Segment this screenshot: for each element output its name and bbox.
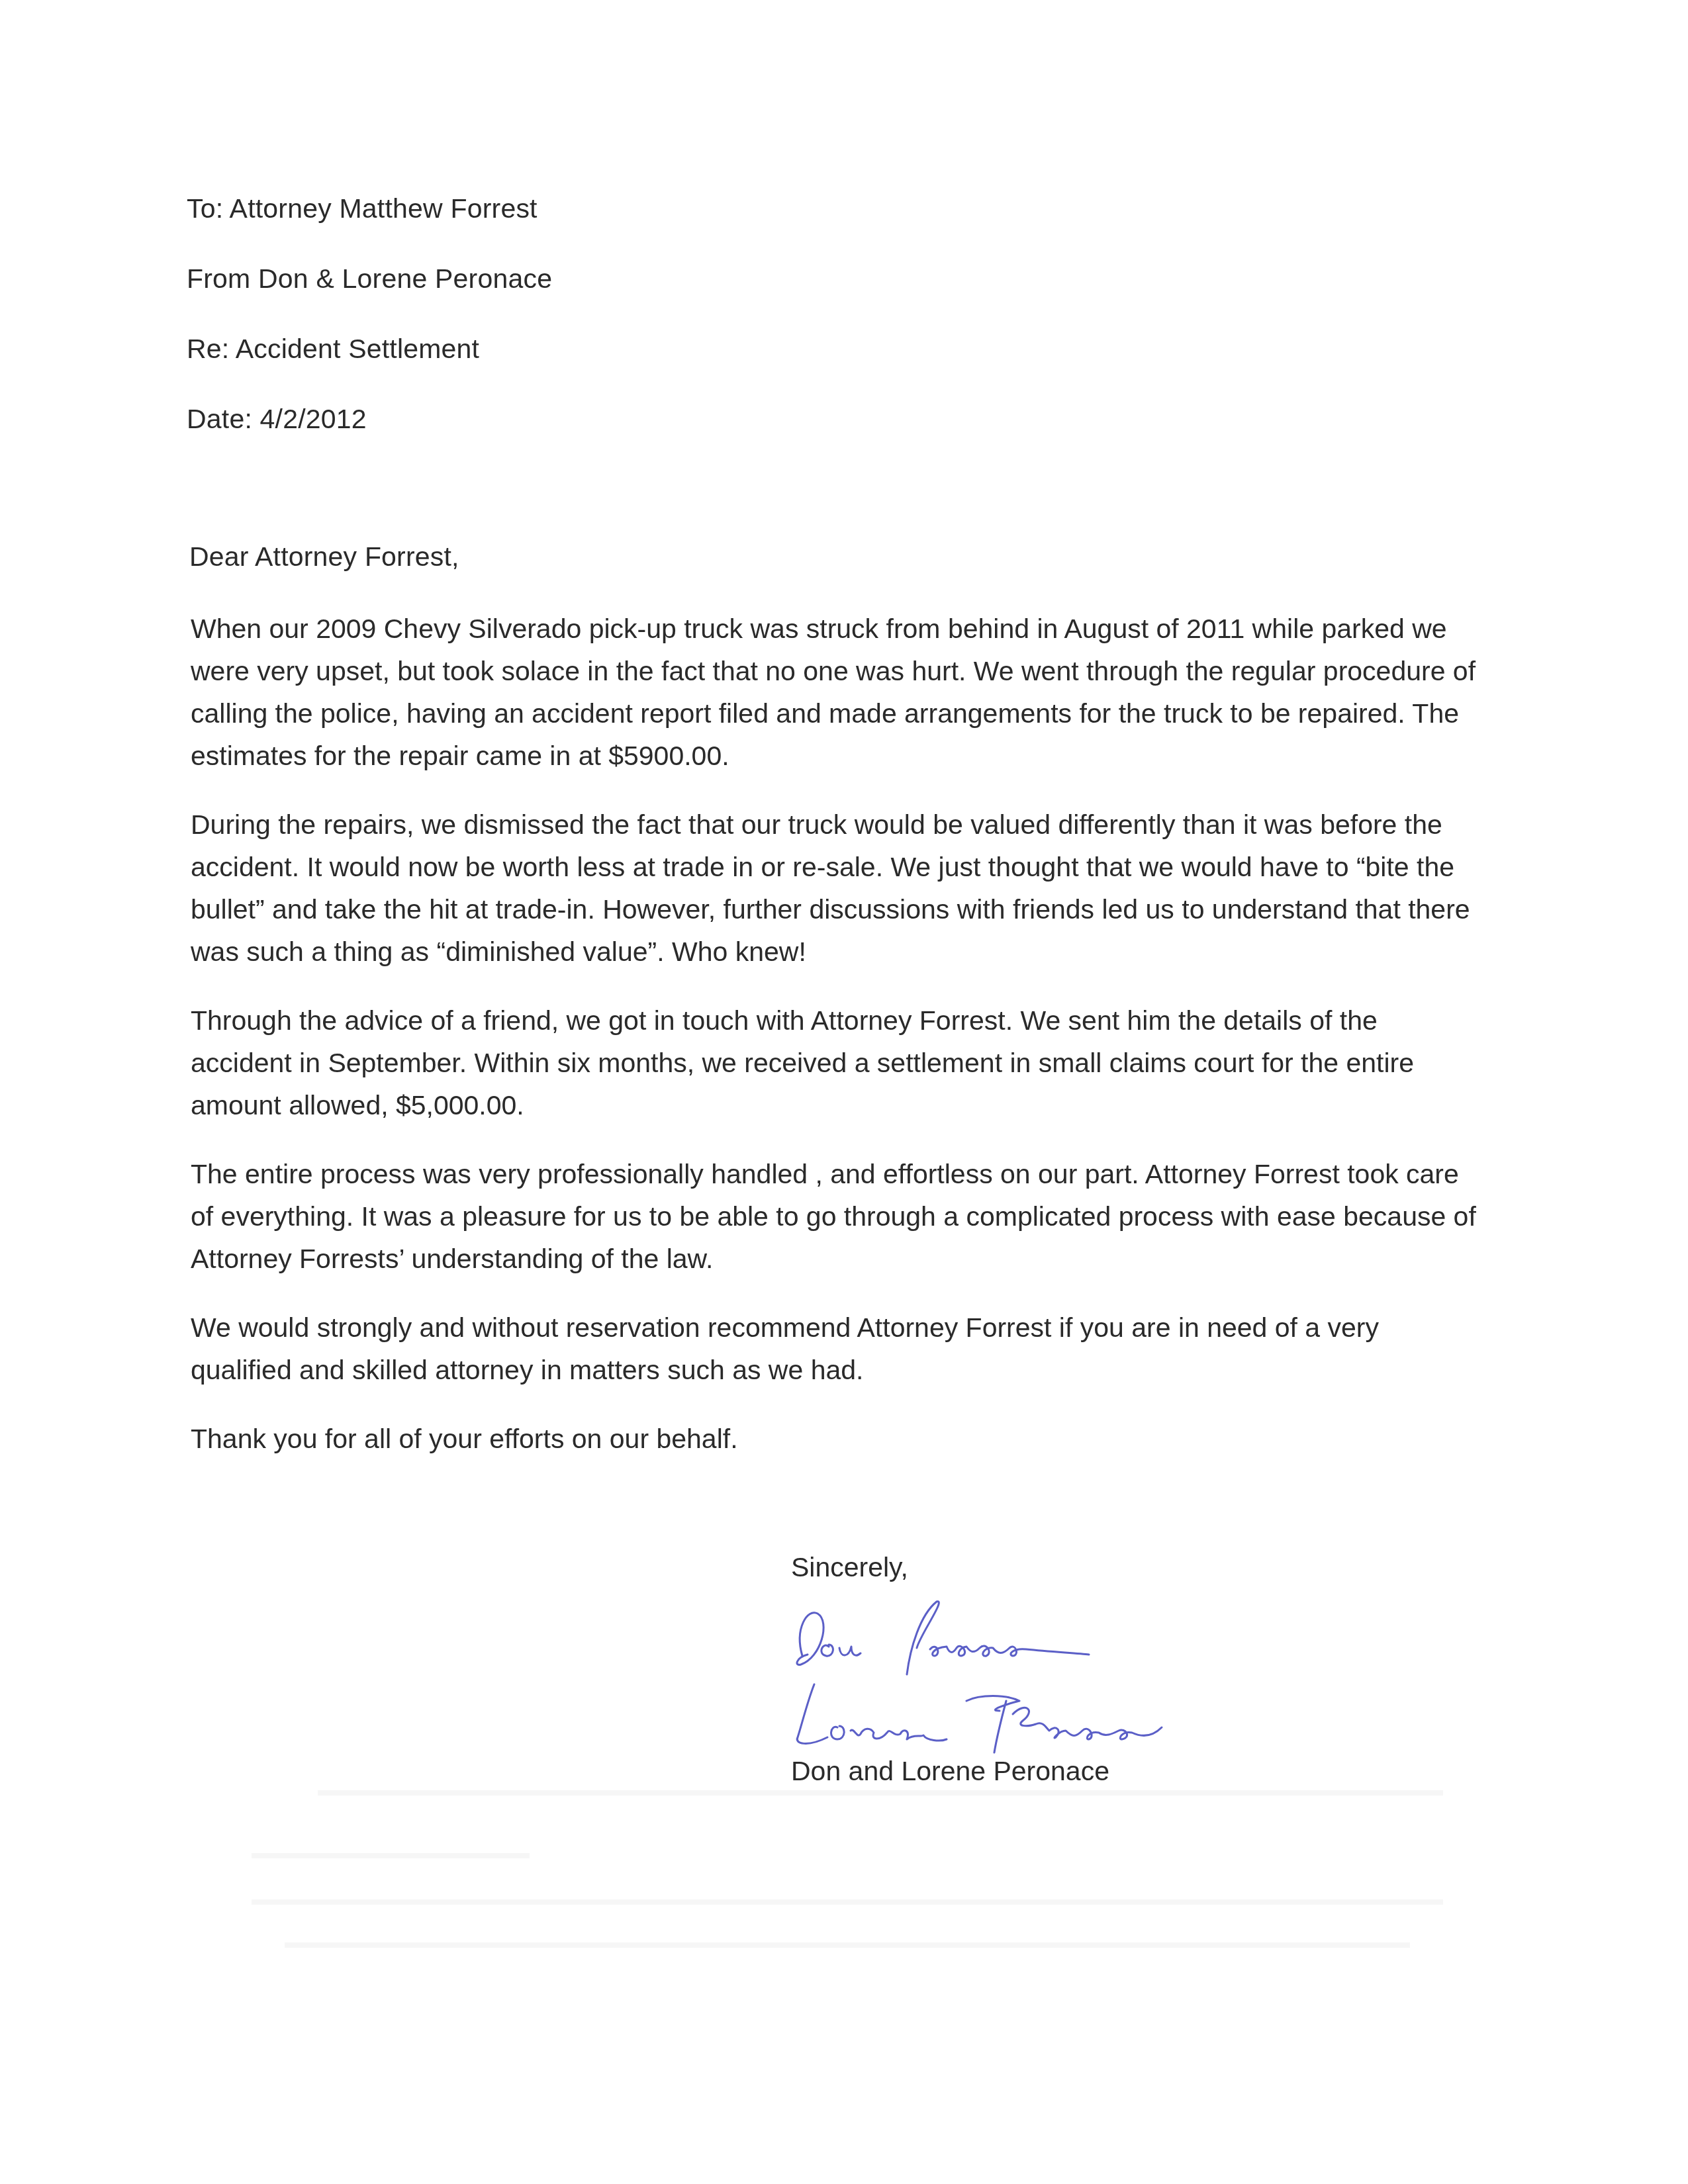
re-line: Re: Accident Settlement: [187, 334, 479, 365]
paragraph-3: Through the advice of a friend, we got i…: [191, 999, 1481, 1126]
paragraph-5: We would strongly and without reservatio…: [191, 1306, 1481, 1391]
printed-signature: Don and Lorene Peronace: [791, 1756, 1109, 1787]
paragraph-4: The entire process was very professional…: [191, 1153, 1481, 1280]
closing: Sincerely,: [791, 1552, 908, 1583]
paragraph-6: Thank you for all of your efforts on our…: [191, 1418, 1481, 1460]
bleed-through-artifact: [285, 1942, 1410, 1948]
from-line: From Don & Lorene Peronace: [187, 263, 552, 295]
date-line: Date: 4/2/2012: [187, 404, 367, 435]
letter-page: To: Attorney Matthew Forrest From Don & …: [0, 0, 1688, 2184]
salutation: Dear Attorney Forrest,: [189, 541, 459, 572]
handwritten-signature: [788, 1595, 1264, 1767]
to-line: To: Attorney Matthew Forrest: [187, 193, 538, 224]
bleed-through-artifact: [318, 1790, 1443, 1796]
letter-body: When our 2009 Chevy Silverado pick-up tr…: [191, 608, 1481, 1486]
bleed-through-artifact: [252, 1853, 530, 1858]
bleed-through-artifact: [252, 1899, 1443, 1905]
paragraph-1: When our 2009 Chevy Silverado pick-up tr…: [191, 608, 1481, 777]
paragraph-2: During the repairs, we dismissed the fac…: [191, 803, 1481, 973]
